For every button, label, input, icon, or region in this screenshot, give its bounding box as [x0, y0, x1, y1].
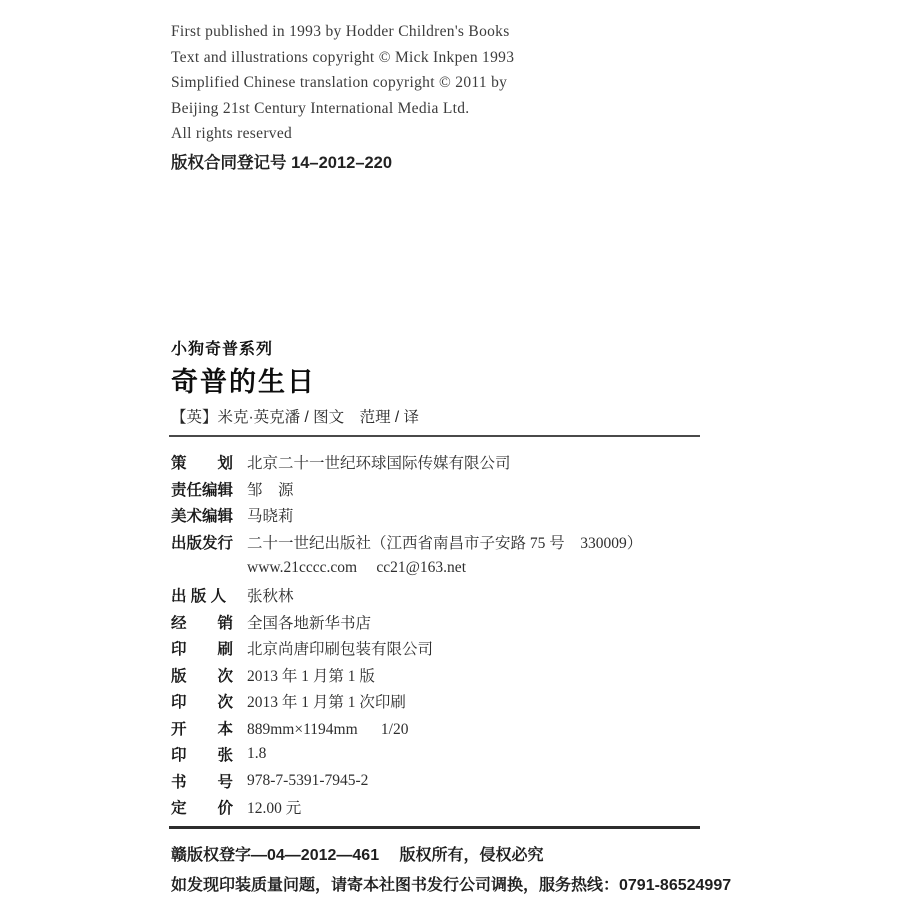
info-value: 马晓莉 [247, 504, 294, 526]
table-row: 出 版 人 张秋林 [171, 582, 642, 609]
info-value-website-email: www.21cccc.com cc21@163.net [247, 559, 466, 577]
info-value: 北京二十一世纪环球国际传媒有限公司 [247, 451, 511, 473]
copyright-line: Text and illustrations copyright © Mick … [171, 45, 514, 71]
info-label: 经 销 [171, 611, 239, 633]
footer-block: 赣版权登字—04—2012—461 版权所有，侵权必究 如发现印装质量问题，请寄… [171, 841, 731, 900]
info-label: 出版发行 [171, 531, 239, 553]
copyright-line: Beijing 21st Century International Media… [171, 96, 514, 122]
table-row: 印 张 1.8 [171, 741, 642, 768]
copyright-line: All rights reserved [171, 121, 514, 147]
info-value: 邹 源 [247, 478, 294, 500]
info-label: 印 刷 [171, 637, 239, 659]
info-value: 全国各地新华书店 [247, 611, 371, 633]
table-row: www.21cccc.com cc21@163.net [171, 555, 642, 582]
author-line: 【英】米克·英克潘 / 图文 范理 / 译 [171, 408, 419, 428]
info-value: 2013 年 1 月第 1 版 [247, 664, 375, 686]
book-title: 奇普的生日 [171, 366, 419, 399]
table-row: 书 号 978-7-5391-7945-2 [171, 768, 642, 795]
footer-copyright-notice: 赣版权登字—04—2012—461 版权所有，侵权必究 [171, 841, 731, 871]
info-label: 印 张 [171, 743, 239, 765]
info-value: 二十一世纪出版社（江西省南昌市子安路 75 号 330009） [247, 531, 642, 553]
info-label: 美术编辑 [171, 504, 239, 526]
info-value-isbn: 978-7-5391-7945-2 [247, 772, 368, 790]
title-block: 小狗奇普系列 奇普的生日 【英】米克·英克潘 / 图文 范理 / 译 [171, 340, 419, 428]
info-label: 开 本 [171, 717, 239, 739]
info-label: 定 价 [171, 796, 239, 818]
info-value: 张秋林 [247, 584, 294, 606]
info-label: 出 版 人 [171, 584, 239, 606]
table-row: 出版发行 二十一世纪出版社（江西省南昌市子安路 75 号 330009） [171, 529, 642, 556]
info-label: 书 号 [171, 770, 239, 792]
table-row: 美术编辑 马晓莉 [171, 502, 642, 529]
footer-service-hotline: 如发现印装质量问题，请寄本社图书发行公司调换，服务热线：0791-8652499… [171, 871, 731, 900]
info-label: 责任编辑 [171, 478, 239, 500]
info-label: 策 划 [171, 451, 239, 473]
copyright-line: Simplified Chinese translation copyright… [171, 70, 514, 96]
table-row: 责任编辑 邹 源 [171, 476, 642, 503]
info-label: 印 次 [171, 690, 239, 712]
table-row: 开 本 889mm×1194mm 1/20 [171, 714, 642, 741]
copyright-block: First published in 1993 by Hodder Childr… [171, 19, 514, 175]
publication-info-table: 策 划 北京二十一世纪环球国际传媒有限公司 责任编辑 邹 源 美术编辑 马晓莉 … [171, 449, 642, 821]
table-row: 定 价 12.00 元 [171, 794, 642, 821]
info-value: 889mm×1194mm 1/20 [247, 717, 408, 739]
divider-thin [169, 435, 700, 437]
table-row: 策 划 北京二十一世纪环球国际传媒有限公司 [171, 449, 642, 476]
info-label: 版 次 [171, 664, 239, 686]
info-value: 北京尚唐印刷包装有限公司 [247, 637, 433, 659]
colophon-page: First published in 1993 by Hodder Childr… [0, 0, 899, 900]
table-row: 经 销 全国各地新华书店 [171, 608, 642, 635]
table-row: 印 刷 北京尚唐印刷包装有限公司 [171, 635, 642, 662]
table-row: 版 次 2013 年 1 月第 1 版 [171, 661, 642, 688]
info-value-price: 12.00 元 [247, 796, 301, 818]
divider-thick [169, 826, 700, 829]
info-value: 2013 年 1 月第 1 次印刷 [247, 690, 406, 712]
copyright-registration-number: 版权合同登记号 14–2012–220 [171, 151, 514, 175]
info-value: 1.8 [247, 745, 266, 763]
copyright-line: First published in 1993 by Hodder Childr… [171, 19, 514, 45]
series-name: 小狗奇普系列 [171, 340, 419, 360]
table-row: 印 次 2013 年 1 月第 1 次印刷 [171, 688, 642, 715]
